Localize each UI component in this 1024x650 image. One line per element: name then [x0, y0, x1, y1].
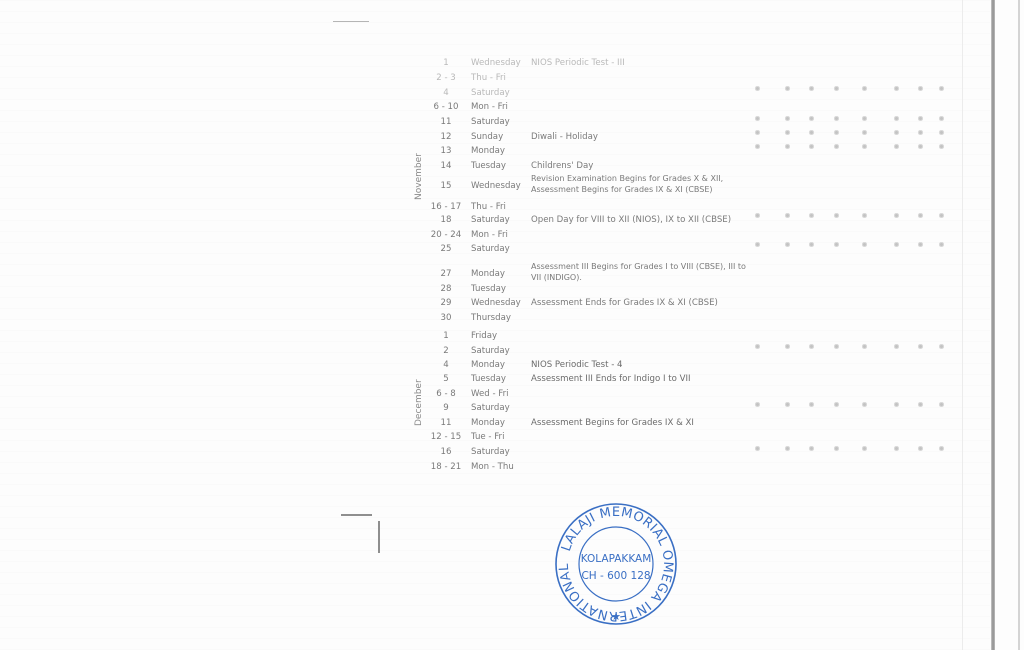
dot-mark: [755, 116, 760, 121]
row-date: 30: [420, 313, 472, 324]
row-date: 29: [420, 298, 472, 309]
row-date: 11: [420, 418, 472, 429]
row-date: 1: [420, 331, 472, 342]
dot-mark: [918, 402, 923, 407]
dot-mark: [918, 242, 923, 247]
row-date: 4: [420, 360, 472, 371]
dot-mark: [785, 344, 790, 349]
row-day: Saturday: [471, 215, 510, 226]
dot-mark: [918, 344, 923, 349]
dot-mark: [862, 86, 867, 91]
row-event: NIOS Periodic Test - III: [531, 58, 746, 69]
row-day: Mon - Fri: [471, 102, 508, 113]
dot-mark: [939, 446, 944, 451]
dot-mark: [862, 213, 867, 218]
row-date: 11: [420, 117, 472, 128]
row-event: Childrens' Day: [531, 161, 746, 172]
row-date: 2: [420, 346, 472, 357]
row-date: 1: [420, 58, 472, 69]
dot-mark: [785, 116, 790, 121]
row-date: 27: [420, 269, 472, 280]
dot-mark: [755, 130, 760, 135]
dot-mark: [894, 344, 899, 349]
row-day: Tuesday: [471, 161, 506, 172]
dot-mark: [862, 344, 867, 349]
dot-mark: [834, 116, 839, 121]
row-date: 15: [420, 181, 472, 192]
row-event: Assessment Ends for Grades IX & XI (CBSE…: [531, 298, 746, 309]
dot-mark: [939, 242, 944, 247]
row-day: Wednesday: [471, 58, 521, 69]
row-date: 12 - 15: [420, 432, 472, 443]
dot-mark: [785, 213, 790, 218]
row-day: Saturday: [471, 244, 510, 255]
dot-mark: [939, 213, 944, 218]
row-event: Diwali - Holiday: [531, 132, 746, 143]
row-date: 12: [420, 132, 472, 143]
dot-mark: [834, 402, 839, 407]
row-day: Mon - Fri: [471, 230, 508, 241]
row-date: 16: [420, 447, 472, 458]
row-day: Monday: [471, 360, 505, 371]
row-day: Tuesday: [471, 374, 506, 385]
row-date: 4: [420, 88, 472, 99]
row-day: Thu - Fri: [471, 73, 506, 84]
dot-mark: [809, 242, 814, 247]
dot-mark: [894, 116, 899, 121]
row-day: Saturday: [471, 447, 510, 458]
row-event: Assessment III Ends for Indigo I to VII: [531, 374, 746, 385]
row-date: 14: [420, 161, 472, 172]
dot-mark: [862, 446, 867, 451]
row-day: Monday: [471, 146, 505, 157]
calendar-table: November1WednesdayNIOS Periodic Test - I…: [0, 0, 1024, 650]
school-seal-stamp: LALAJI MEMORIAL OMEGA INTERNATIONAL SCHO…: [552, 500, 680, 628]
dot-mark: [834, 213, 839, 218]
row-date: 2 - 3: [420, 73, 472, 84]
dot-mark: [755, 446, 760, 451]
dot-mark: [755, 86, 760, 91]
dot-mark: [939, 116, 944, 121]
row-date: 18 - 21: [420, 462, 472, 473]
row-date: 6 - 8: [420, 389, 472, 400]
row-event: NIOS Periodic Test - 4: [531, 360, 746, 371]
row-date: 13: [420, 146, 472, 157]
row-day: Tuesday: [471, 284, 506, 295]
dot-mark: [918, 213, 923, 218]
row-day: Mon - Thu: [471, 462, 514, 473]
dot-mark: [834, 144, 839, 149]
dot-mark: [809, 213, 814, 218]
dot-mark: [785, 402, 790, 407]
row-event: Open Day for VIII to XII (NIOS), IX to X…: [531, 215, 746, 226]
row-day: Saturday: [471, 117, 510, 128]
dot-mark: [939, 402, 944, 407]
row-event: Assessment Begins for Grades IX & XI: [531, 418, 746, 429]
dot-mark: [862, 116, 867, 121]
row-day: Wed - Fri: [471, 389, 509, 400]
dot-mark: [809, 402, 814, 407]
dot-mark: [785, 144, 790, 149]
row-day: Saturday: [471, 403, 510, 414]
dot-mark: [785, 242, 790, 247]
dot-mark: [834, 344, 839, 349]
row-date: 28: [420, 284, 472, 295]
dot-mark: [939, 144, 944, 149]
row-day: Saturday: [471, 88, 510, 99]
dot-mark: [785, 446, 790, 451]
row-day: Thu - Fri: [471, 202, 506, 213]
dot-mark: [894, 130, 899, 135]
star-icon: ★: [611, 610, 621, 623]
row-day: Thursday: [471, 313, 511, 324]
dot-mark: [939, 86, 944, 91]
stamp-inner-line-1: KOLAPAKKAM: [581, 553, 652, 565]
dot-mark: [862, 130, 867, 135]
row-event: Revision Examination Begins for Grades X…: [531, 173, 746, 195]
dot-mark: [755, 402, 760, 407]
dot-mark: [862, 402, 867, 407]
dot-mark: [834, 130, 839, 135]
dot-mark: [939, 130, 944, 135]
dot-mark: [785, 130, 790, 135]
row-day: Friday: [471, 331, 497, 342]
dot-mark: [862, 242, 867, 247]
dot-mark: [809, 344, 814, 349]
row-event: Assessment III Begins for Grades I to VI…: [531, 261, 746, 283]
row-date: 16 - 17: [420, 202, 472, 213]
dot-mark: [894, 144, 899, 149]
dot-mark: [918, 144, 923, 149]
dot-mark: [894, 242, 899, 247]
stamp-inner-line-2: CH - 600 128: [581, 570, 650, 582]
dot-mark: [918, 130, 923, 135]
dot-mark: [894, 213, 899, 218]
dot-mark: [894, 446, 899, 451]
dot-mark: [755, 144, 760, 149]
dot-mark: [785, 86, 790, 91]
dot-mark: [809, 144, 814, 149]
row-day: Wednesday: [471, 181, 521, 192]
row-day: Sunday: [471, 132, 503, 143]
row-date: 20 - 24: [420, 230, 472, 241]
row-day: Monday: [471, 269, 505, 280]
dot-mark: [755, 213, 760, 218]
dot-mark: [894, 402, 899, 407]
dot-mark: [809, 116, 814, 121]
row-day: Tue - Fri: [471, 432, 504, 443]
dot-mark: [809, 130, 814, 135]
row-day: Saturday: [471, 346, 510, 357]
row-date: 25: [420, 244, 472, 255]
dot-mark: [834, 242, 839, 247]
scanned-page: November1WednesdayNIOS Periodic Test - I…: [0, 0, 1024, 650]
dot-mark: [755, 344, 760, 349]
dot-mark: [809, 86, 814, 91]
dot-mark: [862, 144, 867, 149]
row-date: 18: [420, 215, 472, 226]
dot-mark: [918, 116, 923, 121]
dot-mark: [834, 86, 839, 91]
row-date: 6 - 10: [420, 102, 472, 113]
dot-mark: [755, 242, 760, 247]
dot-mark: [918, 86, 923, 91]
dot-mark: [809, 446, 814, 451]
row-day: Monday: [471, 418, 505, 429]
row-date: 9: [420, 403, 472, 414]
dot-mark: [918, 446, 923, 451]
dot-mark: [834, 446, 839, 451]
dot-mark: [894, 86, 899, 91]
row-date: 5: [420, 374, 472, 385]
dot-mark: [939, 344, 944, 349]
row-day: Wednesday: [471, 298, 521, 309]
